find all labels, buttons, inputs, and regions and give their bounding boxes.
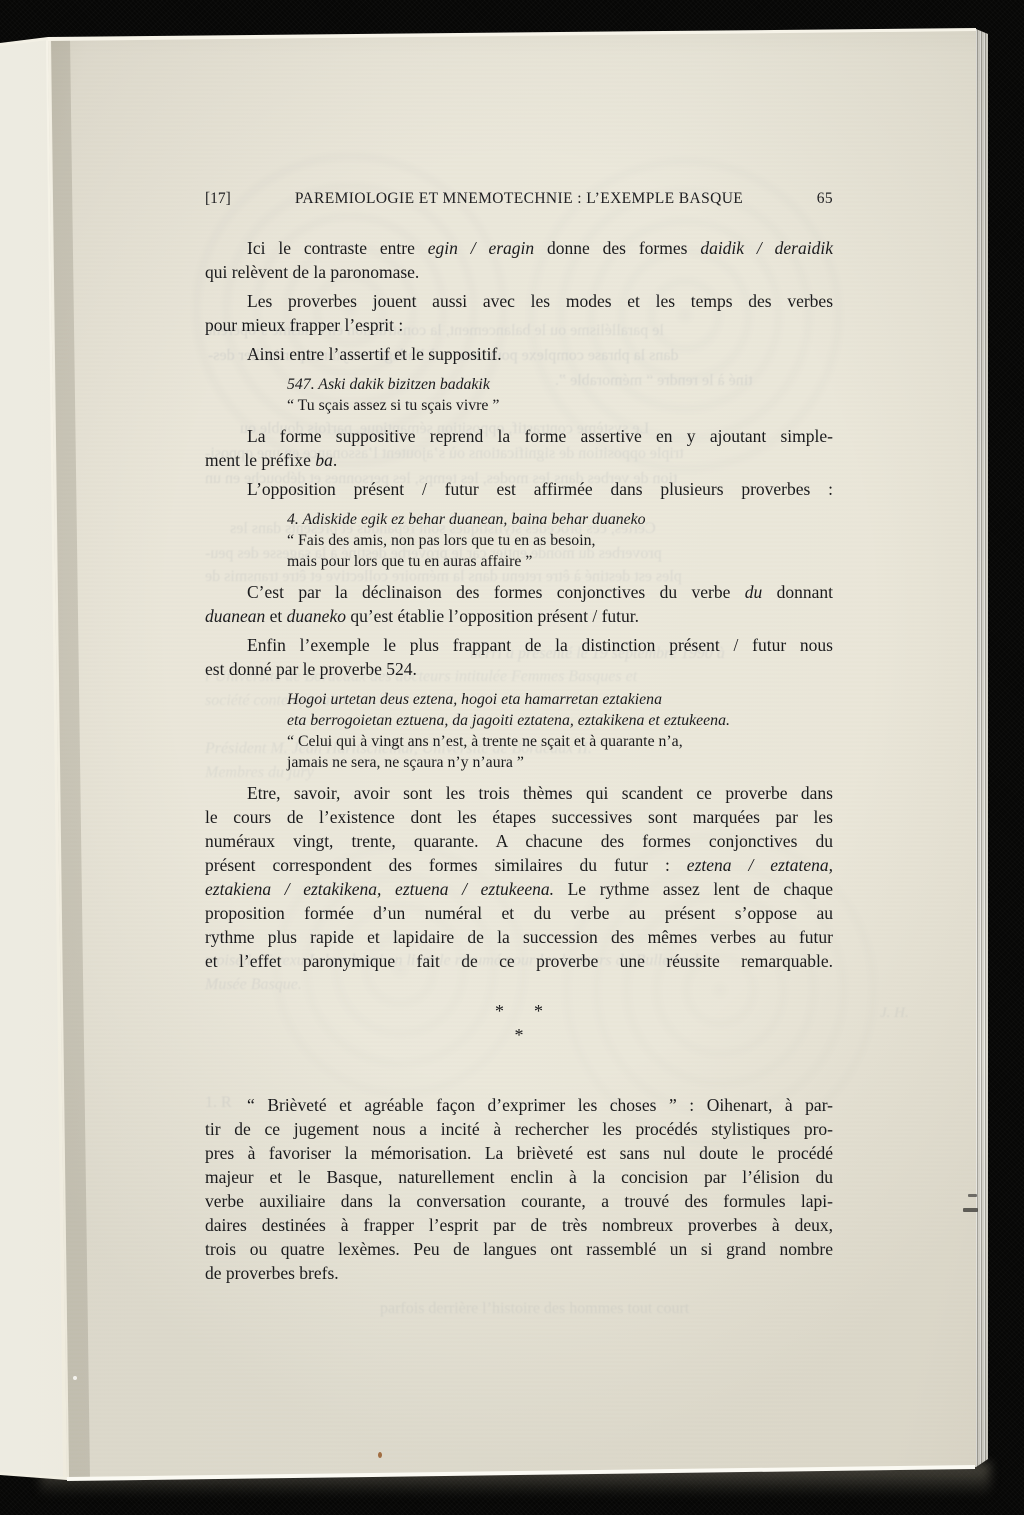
- text-line: de proverbes brefs.: [205, 1261, 833, 1285]
- text-line: Hogoi urtetan deus eztena, hogoi eta ham…: [287, 689, 833, 710]
- paragraph: Ici le contraste entre egin / eragin don…: [205, 236, 833, 284]
- asterisk-separator: ***: [205, 999, 833, 1047]
- text-line: mais pour lors que tu en auras affaire ”: [287, 551, 833, 572]
- text-line: est donné par le proverbe 524.: [205, 657, 833, 681]
- paragraph: L’opposition présent / futur est affirmé…: [205, 477, 833, 501]
- text-line: proposition formée d’un numéral et du ve…: [205, 901, 833, 925]
- text-line: pres à favoriser la mémorisation. La bri…: [205, 1141, 833, 1165]
- text-line: 4. Adiskide egik ez behar duanean, baina…: [287, 509, 833, 530]
- text-line: jamais ne sera, ne sçaura n’y n’aura ”: [287, 752, 833, 773]
- text-line: et l’effet paronymique fait de ce prover…: [205, 949, 833, 973]
- text-line: C’est par la déclinaison des formes conj…: [205, 580, 833, 604]
- text-line: eta berrogoietan eztuena, da jagoiti ezt…: [287, 710, 833, 731]
- text-line: “ Tu sçais assez si tu sçais vivre ”: [287, 395, 833, 416]
- margin-mark: [968, 1194, 977, 1197]
- text-line: rythme plus rapide et lapidaire de la su…: [205, 925, 833, 949]
- running-title: PAREMIOLOGIE ET MNEMOTECHNIE : L’EXEMPLE…: [205, 190, 833, 208]
- running-header: [17] PAREMIOLOGIE ET MNEMOTECHNIE : L’EX…: [205, 190, 833, 208]
- text-line: verbe auxiliaire dans la conversation co…: [205, 1189, 833, 1213]
- text-line: pour mieux frapper l’esprit :: [205, 313, 833, 337]
- text-line: “ Fais des amis, non pas lors que tu en …: [287, 530, 833, 551]
- text-line: La forme suppositive reprend la forme as…: [205, 424, 833, 448]
- text-line: Ainsi entre l’assertif et le suppositif.: [205, 342, 833, 366]
- text-line: ment le préfixe ba.: [205, 448, 833, 472]
- text-line: Les proverbes jouent aussi avec les mode…: [205, 289, 833, 313]
- text-column: Ici le contraste entre egin / eragin don…: [205, 236, 833, 1285]
- text-line: Etre, savoir, avoir sont les trois thème…: [205, 781, 833, 805]
- ghost-text: parfois derrière l’histoire des hommes t…: [380, 1300, 689, 1318]
- paragraph: “ Brièveté et agréable façon d’exprimer …: [205, 1093, 833, 1285]
- asterisk: *: [495, 999, 504, 1023]
- paragraph: La forme suppositive reprend la forme as…: [205, 424, 833, 472]
- text-line: “ Celui qui à vingt ans n’est, à trente …: [287, 731, 833, 752]
- paragraph: C’est par la déclinaison des formes conj…: [205, 580, 833, 628]
- paper-speck: [73, 1376, 77, 1380]
- proverb-quote-block: Hogoi urtetan deus eztena, hogoi eta ham…: [287, 689, 833, 773]
- text-line: trois ou quatre lexèmes. Peu de langues …: [205, 1237, 833, 1261]
- text-line: 547. Aski dakik bizitzen badakik: [287, 374, 833, 395]
- text-line: L’opposition présent / futur est affirmé…: [205, 477, 833, 501]
- text-line: Ici le contraste entre egin / eragin don…: [205, 236, 833, 260]
- text-line: duanean et duaneko qu’est établie l’oppo…: [205, 604, 833, 628]
- paragraph: Ainsi entre l’assertif et le suppositif.: [205, 342, 833, 366]
- text-line: le cours de l’existence dont les étapes …: [205, 805, 833, 829]
- paragraph: Enfin l’exemple le plus frappant de la d…: [205, 633, 833, 681]
- text-line: “ Brièveté et agréable façon d’exprimer …: [205, 1093, 833, 1117]
- asterisk: *: [515, 1023, 524, 1047]
- paragraph: Etre, savoir, avoir sont les trois thème…: [205, 781, 833, 973]
- page-number: 65: [817, 190, 833, 208]
- text-line: daires destinées à frapper l’esprit par …: [205, 1213, 833, 1237]
- scanned-book-photo: { "scan": { "header": { "marker": "[17]"…: [0, 0, 1024, 1515]
- ghost-text: J. H.: [880, 1005, 909, 1022]
- margin-mark: [963, 1208, 978, 1212]
- asterisk: *: [534, 999, 543, 1023]
- text-line: Enfin l’exemple le plus frappant de la d…: [205, 633, 833, 657]
- text-line: présent correspondent des formes similai…: [205, 853, 833, 877]
- text-line: eztakiena / eztakikena, eztuena / eztuke…: [205, 877, 833, 901]
- paragraph: Les proverbes jouent aussi avec les mode…: [205, 289, 833, 337]
- paper-speck: [378, 1452, 382, 1458]
- text-line: tir de ce jugement nous a incité à reche…: [205, 1117, 833, 1141]
- proverb-quote-block: 547. Aski dakik bizitzen badakik“ Tu sça…: [287, 374, 833, 416]
- text-line: numéraux vingt, trente, quarante. A chac…: [205, 829, 833, 853]
- proverb-quote-block: 4. Adiskide egik ez behar duanean, baina…: [287, 509, 833, 572]
- text-line: majeur et le Basque, naturellement encli…: [205, 1165, 833, 1189]
- text-line: qui relèvent de la paronomase.: [205, 260, 833, 284]
